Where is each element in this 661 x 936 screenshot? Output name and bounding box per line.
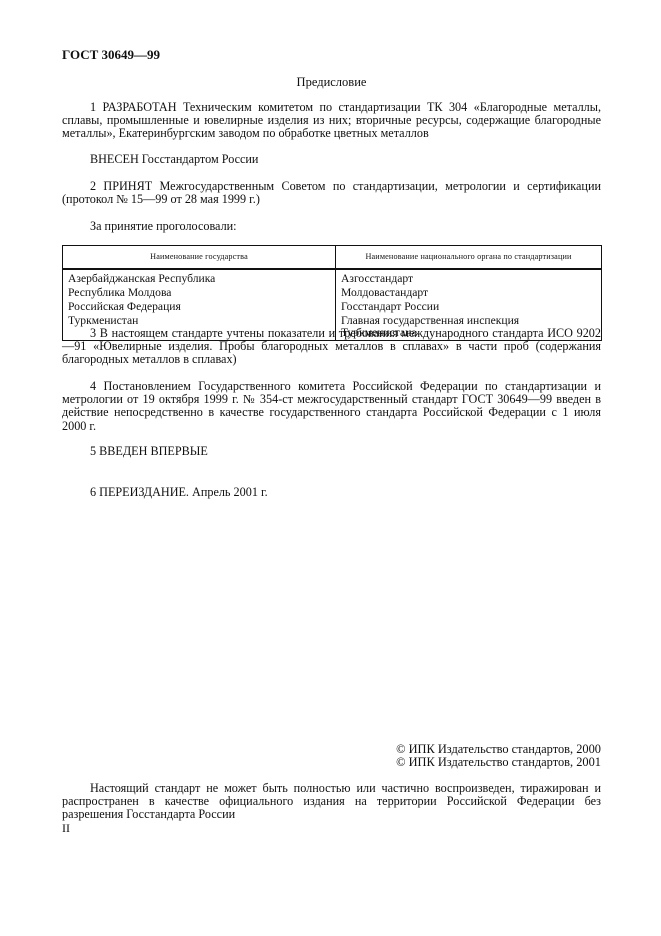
clause-introduced: ВНЕСЕН Госстандартом России bbox=[62, 153, 601, 166]
preface-title: Предисловие bbox=[62, 76, 601, 89]
reproduction-notice: Настоящий стандарт не может быть полност… bbox=[62, 782, 601, 822]
page-number: II bbox=[62, 822, 70, 835]
standards-body-cell: Молдовастандарт bbox=[336, 286, 602, 300]
table-row: Азербайджанская Республика Азгосстандарт bbox=[63, 269, 602, 286]
voting-intro: За принятие проголосовали: bbox=[62, 220, 601, 233]
standards-body-cell: Госстандарт России bbox=[336, 300, 602, 314]
standards-body-cell: Азгосстандарт bbox=[336, 269, 602, 286]
clause-5-first-introduced: 5 ВВЕДЕН ВПЕРВЫЕ bbox=[62, 445, 601, 458]
state-cell: Республика Молдова bbox=[63, 286, 336, 300]
state-cell: Азербайджанская Республика bbox=[63, 269, 336, 286]
copyright-line-2001: © ИПК Издательство стандартов, 2001 bbox=[396, 756, 601, 769]
table-header-row: Наименование государства Наименование на… bbox=[63, 246, 602, 270]
column-header-state: Наименование государства bbox=[63, 246, 336, 270]
document-code: ГОСТ 30649—99 bbox=[62, 48, 160, 61]
clause-3-iso: 3 В настоящем стандарте учтены показател… bbox=[62, 327, 601, 367]
column-header-standards-body: Наименование национального органа по ста… bbox=[336, 246, 602, 270]
table-row: Российская Федерация Госстандарт России bbox=[63, 300, 602, 314]
clause-2-adopted: 2 ПРИНЯТ Межгосударственным Советом по с… bbox=[62, 180, 601, 206]
clause-1-developed: 1 РАЗРАБОТАН Техническим комитетом по ст… bbox=[62, 101, 601, 141]
state-cell: Российская Федерация bbox=[63, 300, 336, 314]
clause-6-reissue: 6 ПЕРЕИЗДАНИЕ. Апрель 2001 г. bbox=[62, 486, 601, 499]
table-row: Республика Молдова Молдовастандарт bbox=[63, 286, 602, 300]
clause-4-enacted: 4 Постановлением Государственного комите… bbox=[62, 380, 601, 433]
